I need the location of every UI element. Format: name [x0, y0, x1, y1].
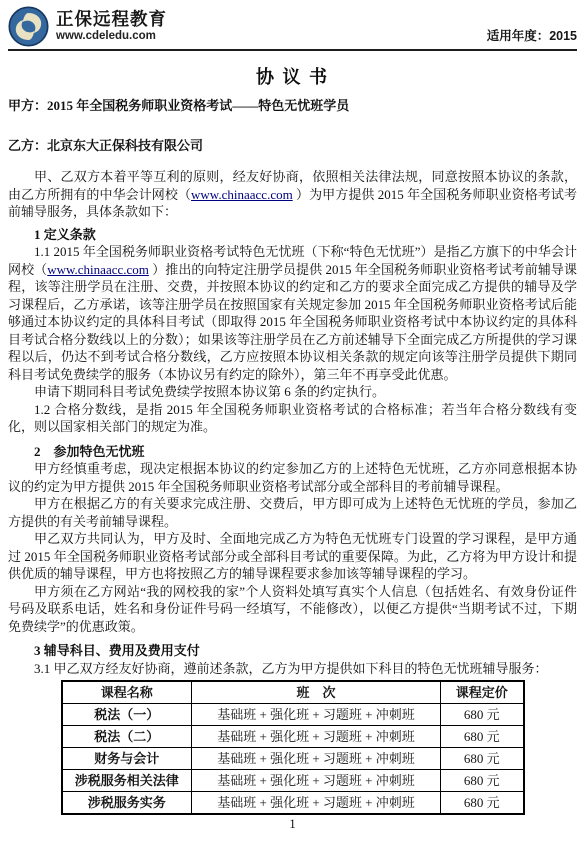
course-classes: 基础班 + 强化班 + 习题班 + 冲刺班: [192, 792, 441, 815]
agreement-page: 正保远程教育 www.cdeledu.com 适用年度：2015 协 议 书 甲…: [0, 0, 585, 860]
course-price: 680 元: [441, 704, 524, 726]
course-name: 税法（二）: [62, 726, 192, 748]
course-name: 涉税服务实务: [62, 792, 192, 815]
brand: 正保远程教育 www.cdeledu.com: [8, 6, 167, 47]
intro-paragraph: 甲、乙双方本着平等互利的原则，经友好协商，依照相关法律法规，同意按照本协议的条款…: [8, 168, 577, 221]
section-1-heading: 1 定义条款: [8, 226, 577, 244]
chinaacc-link-2[interactable]: www.chinaacc.com: [47, 262, 149, 277]
table-row: 财务与会计 基础班 + 强化班 + 习题班 + 冲刺班 680 元: [62, 748, 524, 770]
column-header-class-type: 班 次: [192, 681, 441, 704]
course-name: 税法（一）: [62, 704, 192, 726]
table-row: 税法（二） 基础班 + 强化班 + 习题班 + 冲刺班 680 元: [62, 726, 524, 748]
courses-table: 课程名称 班 次 课程定价 税法（一） 基础班 + 强化班 + 习题班 + 冲刺…: [61, 680, 525, 815]
brand-logo-icon: [8, 6, 49, 47]
course-price: 680 元: [441, 770, 524, 792]
course-price: 680 元: [441, 792, 524, 815]
clause-1-2: 1.2 合格分数线，是指 2015 年全国税务师职业资格考试的合格标准；若当年合…: [8, 401, 577, 436]
clause-1-1: 1.1 2015 年全国税务师职业资格考试特色无忧班（下称“特色无忧班”）是指乙…: [8, 243, 577, 383]
column-header-price: 课程定价: [441, 681, 524, 704]
party-b-line: 乙方：北京东大正保科技有限公司: [8, 137, 577, 155]
clause-1-1-text-after: ）推出的向特定注册学员提供 2015 年全国税务师职业资格考试考前辅导课程，该等…: [8, 262, 577, 382]
brand-name: 正保远程教育: [56, 10, 167, 30]
course-classes: 基础班 + 强化班 + 习题班 + 冲刺班: [192, 726, 441, 748]
page-title: 协 议 书: [8, 63, 577, 89]
clause-3-1: 3.1 甲乙双方经友好协商，遵前述条款，乙方为甲方提供如下科目的特色无忧班辅导服…: [8, 660, 577, 678]
course-name: 财务与会计: [62, 748, 192, 770]
brand-text: 正保远程教育 www.cdeledu.com: [56, 10, 167, 42]
table-row: 税法（一） 基础班 + 强化班 + 习题班 + 冲刺班 680 元: [62, 704, 524, 726]
course-classes: 基础班 + 强化班 + 习题班 + 冲刺班: [192, 770, 441, 792]
section-2-paragraph-2: 甲方在根据乙方的有关要求完成注册、交费后，甲方即可成为上述特色无忧班的学员，参加…: [8, 495, 577, 530]
brand-url: www.cdeledu.com: [56, 30, 167, 43]
section-2-paragraph-4: 甲方须在乙方网站“我的网校我的家”个人资料处填写真实个人信息（包括姓名、有效身份…: [8, 583, 577, 636]
table-row: 涉税服务实务 基础班 + 强化班 + 习题班 + 冲刺班 680 元: [62, 792, 524, 815]
section-2-paragraph-1: 甲方经慎重考虑，现决定根据本协议的约定参加乙方的上述特色无忧班，乙方亦同意根据本…: [8, 460, 577, 495]
section-3-heading: 3 辅导科目、费用及费用支付: [8, 642, 577, 660]
column-header-course-name: 课程名称: [62, 681, 192, 704]
course-name: 涉税服务相关法律: [62, 770, 192, 792]
applicable-year-label: 适用年度：2015: [487, 26, 577, 47]
table-header-row: 课程名称 班 次 课程定价: [62, 681, 524, 704]
course-price: 680 元: [441, 748, 524, 770]
table-row: 涉税服务相关法律 基础班 + 强化班 + 习题班 + 冲刺班 680 元: [62, 770, 524, 792]
party-a-line: 甲方：2015 年全国税务师职业资格考试——特色无忧班学员: [8, 97, 577, 115]
section-2-heading: 2 参加特色无忧班: [8, 443, 577, 461]
chinaacc-link[interactable]: www.chinaacc.com: [191, 187, 293, 202]
page-number: 1: [8, 816, 577, 832]
course-price: 680 元: [441, 726, 524, 748]
course-classes: 基础班 + 强化班 + 习题班 + 冲刺班: [192, 704, 441, 726]
clause-renewal: 申请下期同科目考试免费续学按照本协议第 6 条的约定执行。: [8, 383, 577, 401]
header: 正保远程教育 www.cdeledu.com 适用年度：2015: [8, 6, 577, 51]
course-classes: 基础班 + 强化班 + 习题班 + 冲刺班: [192, 748, 441, 770]
section-2-paragraph-3: 甲乙双方共同认为，甲方及时、全面地完成乙方为特色无忧班专门设置的学习课程，是甲方…: [8, 530, 577, 583]
